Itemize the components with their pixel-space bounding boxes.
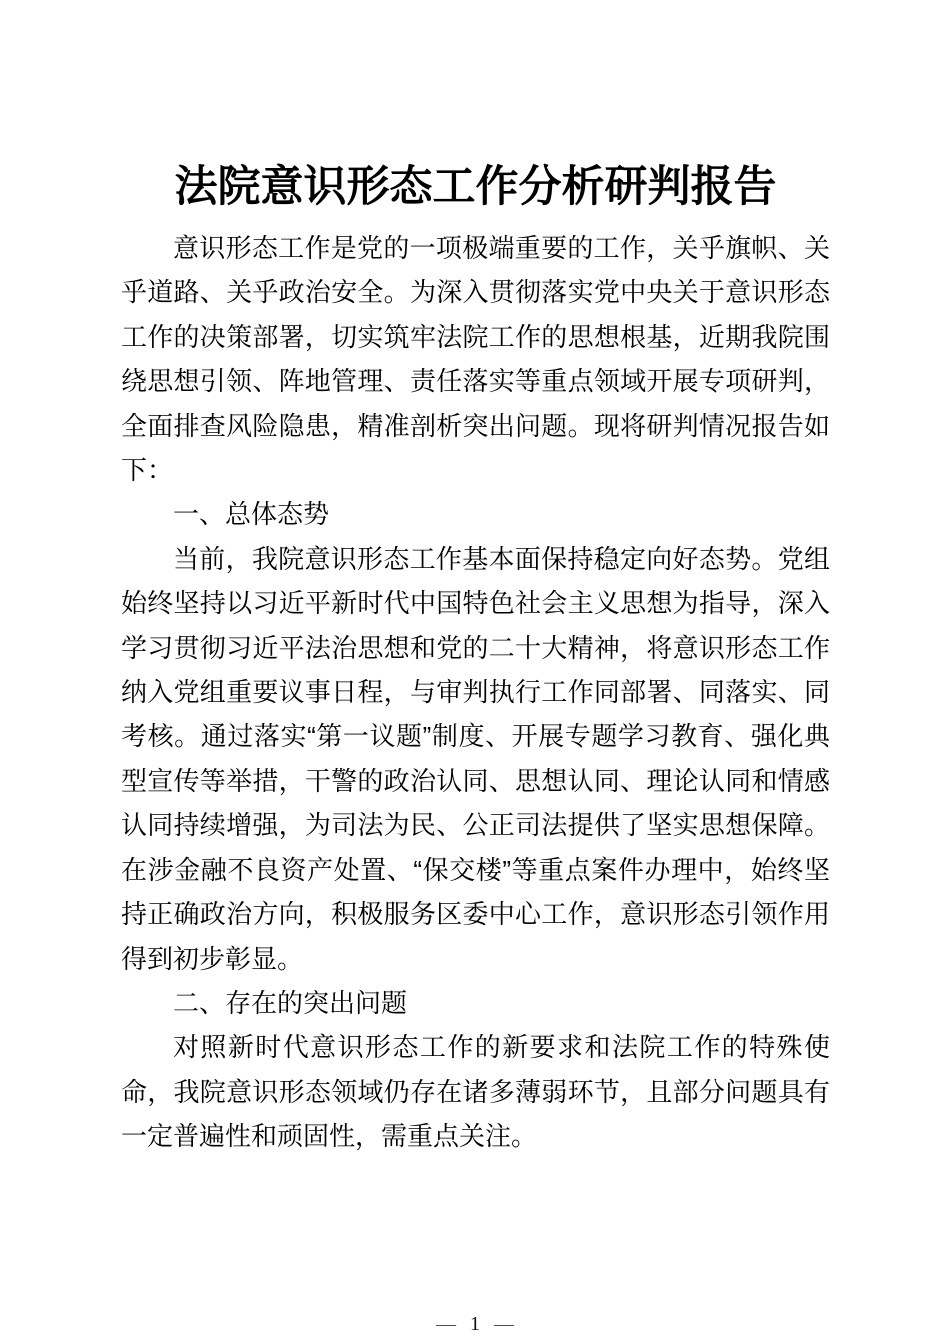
document-body: 意识形态工作是党的一项极端重要的工作，关乎旗帜、关乎道路、关乎政治安全。为深入贯…	[121, 226, 830, 1159]
document-page: 法院意识形态工作分析研判报告 意识形态工作是党的一项极端重要的工作，关乎旗帜、关…	[0, 0, 950, 1344]
section-heading-1: 一、总体态势	[121, 492, 830, 536]
paragraph-section-2: 对照新时代意识形态工作的新要求和法院工作的特殊使命，我院意识形态领域仍存在诸多薄…	[121, 1025, 830, 1158]
paragraph-section-1: 当前，我院意识形态工作基本面保持稳定向好态势。党组始终坚持以习近平新时代中国特色…	[121, 537, 830, 981]
footer-dash-left: —	[436, 1313, 456, 1335]
page-footer: —1—	[0, 1308, 950, 1340]
page-number: 1	[470, 1308, 480, 1340]
paragraph-intro: 意识形态工作是党的一项极端重要的工作，关乎旗帜、关乎道路、关乎政治安全。为深入贯…	[121, 226, 830, 492]
section-heading-2: 二、存在的突出问题	[121, 981, 830, 1025]
footer-dash-right: —	[494, 1313, 514, 1335]
document-title: 法院意识形态工作分析研判报告	[121, 162, 830, 214]
